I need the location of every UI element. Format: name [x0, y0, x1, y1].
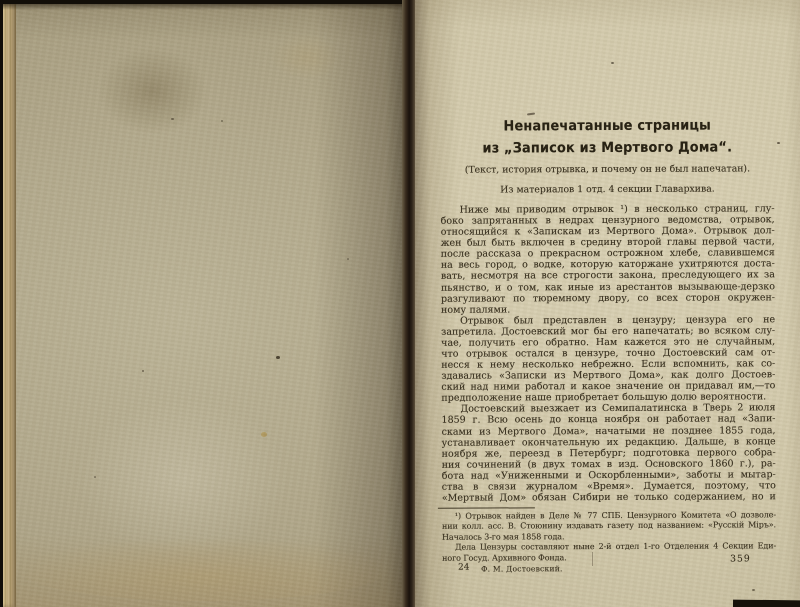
text-line: нии колл. асс. В. Стоюнину издавать газе… — [442, 520, 776, 532]
text-line: Дела Цензуры составляют ныне 2-й отдел 1… — [442, 542, 776, 554]
footnotes: ¹) Отрывок найден в Деле № 77 СПБ. Цензу… — [442, 510, 776, 564]
source-note: Из материалов 1 отд. 4 секции Главархива… — [440, 183, 774, 195]
text-line: разгуливают по тюремному двору, со всех … — [441, 292, 775, 305]
paper-stain — [261, 432, 267, 437]
text-line: «Мертвый Дом» обязан Сибири не только со… — [442, 491, 776, 504]
page-number: 359 — [730, 553, 751, 564]
photo-corner-shadow — [733, 600, 800, 607]
paragraph: ¹) Отрывок найден в Деле № 77 СПБ. Цензу… — [442, 510, 776, 543]
paragraph: Достоевский выезжает из Семипалатинска в… — [441, 403, 775, 504]
paper-texture — [3, 4, 402, 607]
printer-signature: 24 — [458, 563, 469, 573]
page-top-shadow — [3, 4, 402, 10]
article-heading: Ненапечатанные страницы из „Записок из М… — [440, 115, 774, 159]
book-gutter — [402, 0, 415, 607]
page-block-edge — [3, 4, 16, 607]
text-line: ного Госуд. Архивного Фонда. — [442, 552, 776, 564]
text-line: вать, несмотря на все строгости закона, … — [441, 270, 775, 283]
book-photo: Ненапечатанные страницы из „Записок из М… — [0, 0, 800, 607]
text-line: 1859 г. Всю осень до конца ноября он раб… — [441, 414, 775, 427]
paragraph: Ниже мы приводим отрывок ¹) в несколько … — [441, 203, 775, 315]
paper-stain — [95, 46, 210, 136]
paper-stain — [271, 34, 341, 80]
page-title-line2: из „Записок из Мертвого Дома“. — [454, 137, 761, 160]
paper-stain — [78, 399, 288, 559]
page-content: Ненапечатанные страницы из „Записок из М… — [440, 0, 777, 607]
article-subtitle: (Текст, история отрывка, и почему он не … — [440, 163, 774, 175]
text-line: пьянство, и о том, как иные из арестанто… — [441, 281, 775, 294]
body-text: Ниже мы приводим отрывок ¹) в несколько … — [441, 203, 776, 504]
page-title-line1: Ненапечатанные страницы — [454, 115, 761, 138]
running-title: Ф. М. Достоевский. — [481, 564, 562, 573]
right-text-page: Ненапечатанные страницы из „Записок из М… — [415, 0, 800, 607]
paper-stain — [18, 539, 388, 601]
paragraph: Дела Цензуры составляют ныне 2-й отдел 1… — [442, 542, 776, 565]
footnote-separator — [438, 507, 535, 509]
paragraph: Отрывок был представлен в цензуру; цензу… — [441, 314, 775, 404]
left-blank-page — [3, 4, 402, 607]
